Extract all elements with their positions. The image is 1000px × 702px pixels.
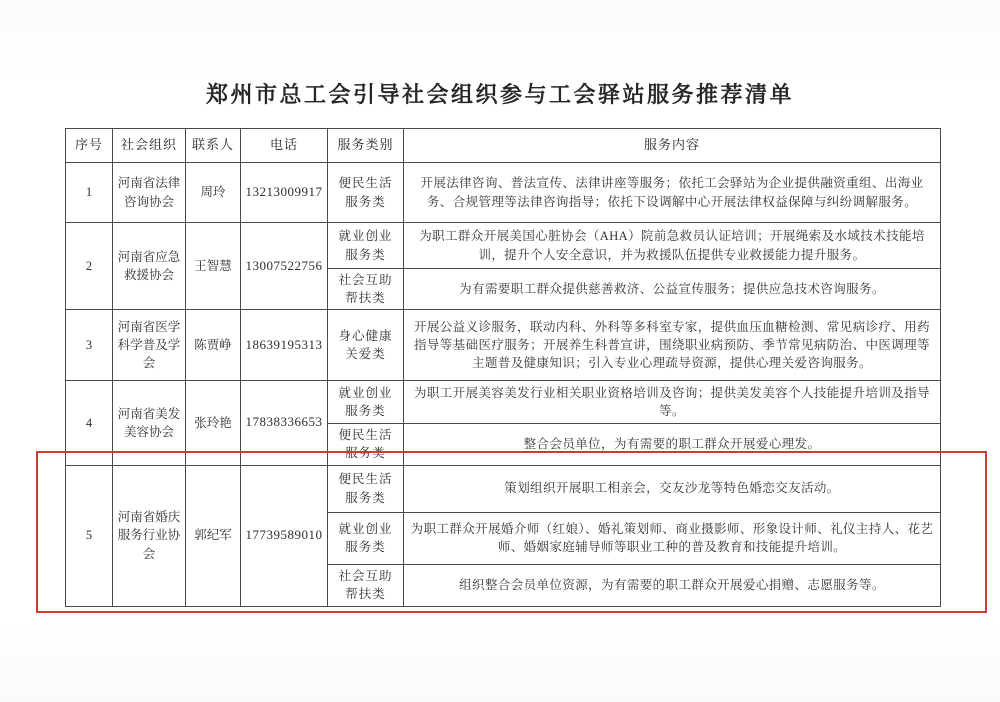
- cell-phone: 13007522756: [241, 223, 328, 310]
- cell-seq: 2: [66, 223, 113, 310]
- document-page: 郑州市总工会引导社会组织参与工会驿站服务推荐清单 序号 社会组织 联系人 电话 …: [0, 0, 1000, 702]
- cell-seq: 4: [66, 381, 113, 465]
- cell-contact: 陈贾峥: [186, 310, 241, 381]
- cell-content: 整合会员单位，为有需要的职工群众开展爱心理发。: [404, 424, 941, 465]
- cell-seq: 5: [66, 465, 113, 606]
- table-row-3: 3 河南省医学科学普及学会 陈贾峥 18639195313 身心健康关爱类 开展…: [66, 310, 941, 381]
- table-row-2: 2 河南省应急救援协会 王智慧 13007522756 就业创业服务类 为职工群…: [66, 223, 941, 269]
- cell-content: 开展公益义诊服务，联动内科、外科等多科室专家，提供血压血糖检测、常见病诊疗、用药…: [404, 310, 941, 381]
- table-row-1: 1 河南省法律咨询协会 周玲 13213009917 便民生活服务类 开展法律咨…: [66, 163, 941, 223]
- table-header-row: 序号 社会组织 联系人 电话 服务类别 服务内容: [66, 129, 941, 163]
- header-category: 服务类别: [328, 129, 404, 163]
- cell-contact: 张玲艳: [186, 381, 241, 465]
- cell-category: 便民生活服务类: [328, 465, 404, 512]
- cell-contact: 郭纪军: [186, 465, 241, 606]
- cell-phone: 18639195313: [241, 310, 328, 381]
- cell-org: 河南省美发美容协会: [113, 381, 186, 465]
- cell-contact: 王智慧: [186, 223, 241, 310]
- cell-contact: 周玲: [186, 163, 241, 223]
- cell-category: 就业创业服务类: [328, 512, 404, 564]
- cell-seq: 3: [66, 310, 113, 381]
- header-phone: 电话: [241, 129, 328, 163]
- cell-phone: 17838336653: [241, 381, 328, 465]
- cell-phone: 13213009917: [241, 163, 328, 223]
- header-org: 社会组织: [113, 129, 186, 163]
- cell-category: 社会互助帮扶类: [328, 269, 404, 310]
- document-title: 郑州市总工会引导社会组织参与工会驿站服务推荐清单: [0, 78, 1000, 109]
- cell-category: 就业创业服务类: [328, 381, 404, 424]
- cell-content: 为职工群众开展婚介师（红娘）、婚礼策划师、商业摄影师、形象设计师、礼仪主持人、花…: [404, 512, 941, 564]
- cell-seq: 1: [66, 163, 113, 223]
- cell-org: 河南省医学科学普及学会: [113, 310, 186, 381]
- cell-category: 便民生活服务类: [328, 424, 404, 465]
- cell-content: 为有需要职工群众提供慈善救济、公益宣传服务；提供应急技术咨询服务。: [404, 269, 941, 310]
- recommendation-table: 序号 社会组织 联系人 电话 服务类别 服务内容 1 河南省法律咨询协会 周玲 …: [65, 128, 941, 607]
- cell-content: 为职工开展美容美发行业相关职业资格培训及咨询；提供美发美容个人技能提升培训及指导…: [404, 381, 941, 424]
- cell-org: 河南省婚庆服务行业协会: [113, 465, 186, 606]
- cell-category: 就业创业服务类: [328, 223, 404, 269]
- table-row-4: 4 河南省美发美容协会 张玲艳 17838336653 就业创业服务类 为职工开…: [66, 381, 941, 424]
- cell-category: 社会互助帮扶类: [328, 564, 404, 606]
- cell-org: 河南省应急救援协会: [113, 223, 186, 310]
- cell-content: 为职工群众开展美国心脏协会（AHA）院前急救员认证培训；开展绳索及水域技术技能培…: [404, 223, 941, 269]
- header-content: 服务内容: [404, 129, 941, 163]
- cell-category: 便民生活服务类: [328, 163, 404, 223]
- cell-org: 河南省法律咨询协会: [113, 163, 186, 223]
- header-contact: 联系人: [186, 129, 241, 163]
- cell-content: 开展法律咨询、普法宣传、法律讲座等服务；依托工会驿站为企业提供融资重组、出海业务…: [404, 163, 941, 223]
- cell-content: 策划组织开展职工相亲会，交友沙龙等特色婚恋交友活动。: [404, 465, 941, 512]
- cell-content: 组织整合会员单位资源，为有需要的职工群众开展爱心捐赠、志愿服务等。: [404, 564, 941, 606]
- cell-category: 身心健康关爱类: [328, 310, 404, 381]
- cell-phone: 17739589010: [241, 465, 328, 606]
- table-row-5: 5 河南省婚庆服务行业协会 郭纪军 17739589010 便民生活服务类 策划…: [66, 465, 941, 512]
- header-seq: 序号: [66, 129, 113, 163]
